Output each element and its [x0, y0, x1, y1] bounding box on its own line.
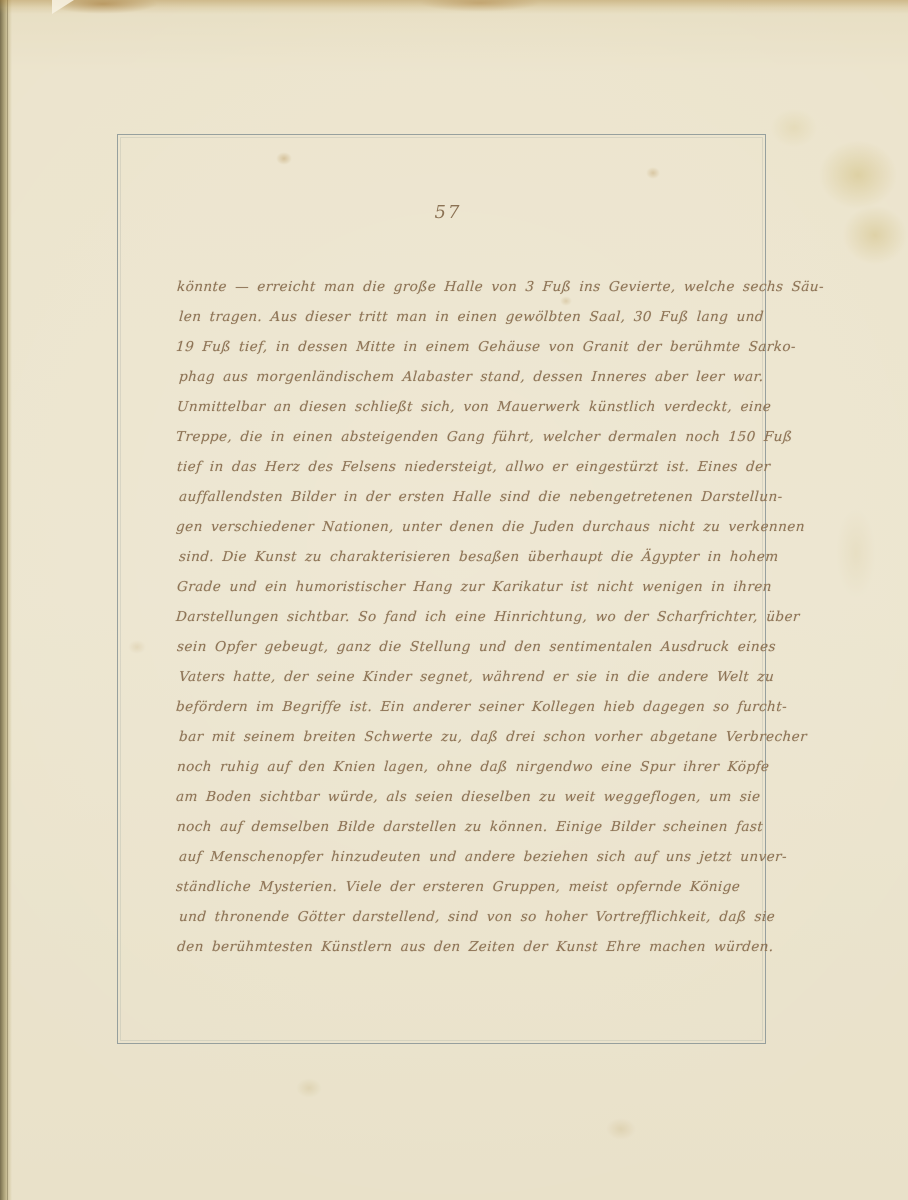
manuscript-line: und thronende Götter darstellend, sind v… [178, 902, 752, 932]
manuscript-line: noch ruhig auf den Knien lagen, ohne daß… [176, 752, 752, 782]
manuscript-line: auffallendsten Bilder in der ersten Hall… [178, 482, 752, 512]
foxing-stain [606, 1118, 636, 1140]
manuscript-line: befördern im Begriffe ist. Ein anderer s… [175, 692, 752, 722]
handwritten-text-block: könnte — erreicht man die große Halle vo… [176, 272, 750, 962]
foxing-stain [296, 1078, 322, 1098]
manuscript-line: Unmittelbar an diesen schließt sich, von… [176, 392, 752, 422]
page-number: 57 [418, 202, 478, 223]
manuscript-line: phag aus morgenländischem Alabaster stan… [178, 362, 752, 392]
foxing-stain [836, 508, 876, 598]
manuscript-line: noch auf demselben Bilde darstellen zu k… [176, 812, 752, 842]
manuscript-line: den berühmtesten Künstlern aus den Zeite… [176, 932, 752, 962]
manuscript-line: gen verschiedener Nationen, unter denen … [175, 512, 752, 542]
sheet-left-edge [0, 0, 12, 1200]
manuscript-line: Treppe, die in einen absteigenden Gang f… [175, 422, 752, 452]
manuscript-line: tief in das Herz des Felsens niedersteig… [176, 452, 752, 482]
manuscript-line: sind. Die Kunst zu charakterisieren besa… [178, 542, 752, 572]
foxing-stain [818, 140, 898, 210]
foxing-stain [770, 108, 818, 148]
manuscript-line: Darstellungen sichtbar. So fand ich eine… [175, 602, 752, 632]
corner-fold [52, 0, 74, 14]
manuscript-line: 19 Fuß tief, in dessen Mitte in einem Ge… [175, 332, 752, 362]
manuscript-line: auf Menschenopfer hinzudeuten und andere… [178, 842, 752, 872]
manuscript-line: bar mit seinem breiten Schwerte zu, daß … [178, 722, 752, 752]
foxing-stain [842, 205, 908, 265]
manuscript-page-scan: 57 könnte — erreicht man die große Halle… [0, 0, 908, 1200]
manuscript-line: Grade und ein humoristischer Hang zur Ka… [176, 572, 752, 602]
manuscript-line: könnte — erreicht man die große Halle vo… [176, 272, 752, 302]
manuscript-line: sein Opfer gebeugt, ganz die Stellung un… [176, 632, 752, 662]
manuscript-line: ständliche Mysterien. Viele der ersteren… [175, 872, 752, 902]
manuscript-line: am Boden sichtbar würde, als seien diese… [175, 782, 752, 812]
manuscript-line: Vaters hatte, der seine Kinder segnet, w… [178, 662, 752, 692]
sheet-left-edge-line [7, 0, 8, 1200]
manuscript-line: len tragen. Aus dieser tritt man in eine… [178, 302, 752, 332]
